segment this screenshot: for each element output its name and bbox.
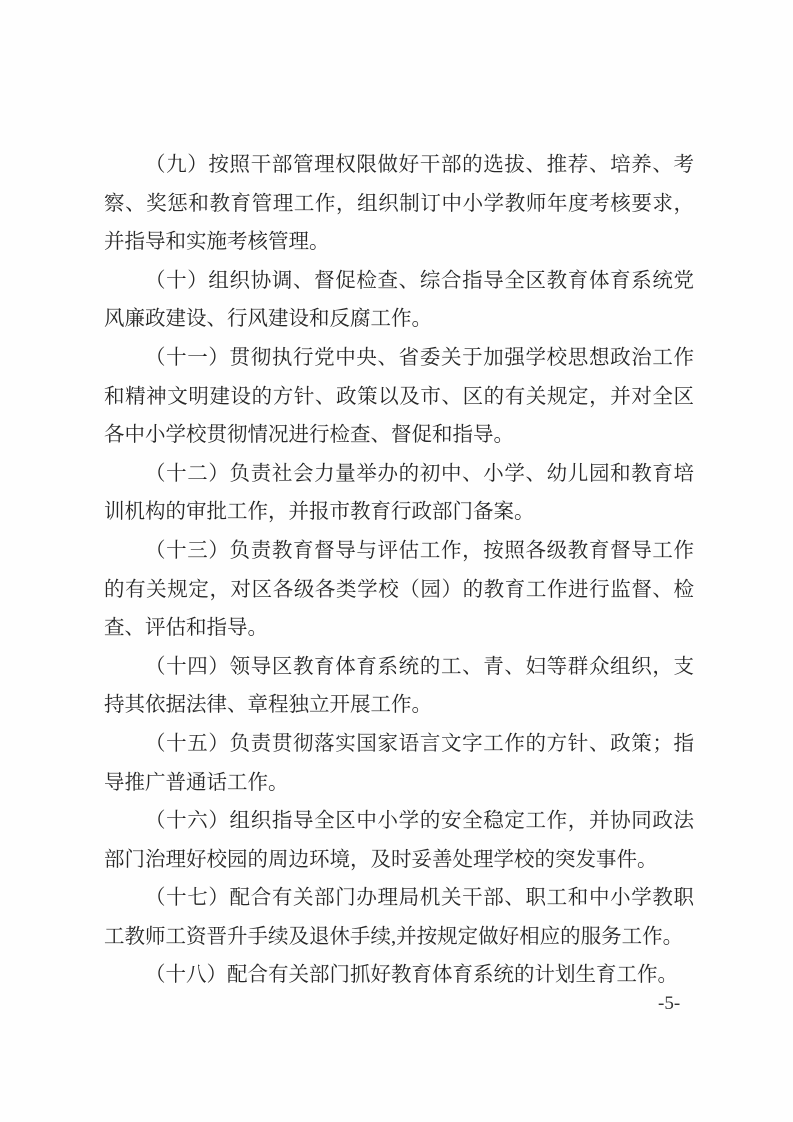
paragraph: （十一）贯彻执行党中央、省委关于加强学校思想政治工作和精神文明建设的方针、政策以… (104, 339, 694, 455)
document-page: （九）按照干部管理权限做好干部的选拔、推荐、培养、考察、奖惩和教育管理工作，组织… (0, 0, 793, 1122)
paragraph: （十四）领导区教育体育系统的工、青、妇等群众组织，支持其依据法律、章程独立开展工… (104, 648, 694, 725)
page-number: -5- (658, 992, 680, 1016)
paragraph: （十）组织协调、督促检查、综合指导全区教育体育系统党风廉政建设、行风建设和反腐工… (104, 262, 694, 339)
document-body: （九）按照干部管理权限做好干部的选拔、推荐、培养、考察、奖惩和教育管理工作，组织… (104, 146, 694, 995)
paragraph: （十七）配合有关部门办理局机关干部、职工和中小学教职工教师工资晋升手续及退休手续… (104, 879, 694, 956)
paragraph: （十六）组织指导全区中小学的安全稳定工作，并协同政法部门治理好校园的周边环境，及… (104, 802, 694, 879)
paragraph: （十八）配合有关部门抓好教育体育系统的计划生育工作。 (104, 956, 694, 995)
paragraph: （十五）负责贯彻落实国家语言文字工作的方针、政策；指导推广普通话工作。 (104, 725, 694, 802)
paragraph: （十二）负责社会力量举办的初中、小学、幼儿园和教育培训机构的审批工作，并报市教育… (104, 455, 694, 532)
paragraph: （九）按照干部管理权限做好干部的选拔、推荐、培养、考察、奖惩和教育管理工作，组织… (104, 146, 694, 262)
paragraph: （十三）负责教育督导与评估工作，按照各级教育督导工作的有关规定，对区各级各类学校… (104, 532, 694, 648)
